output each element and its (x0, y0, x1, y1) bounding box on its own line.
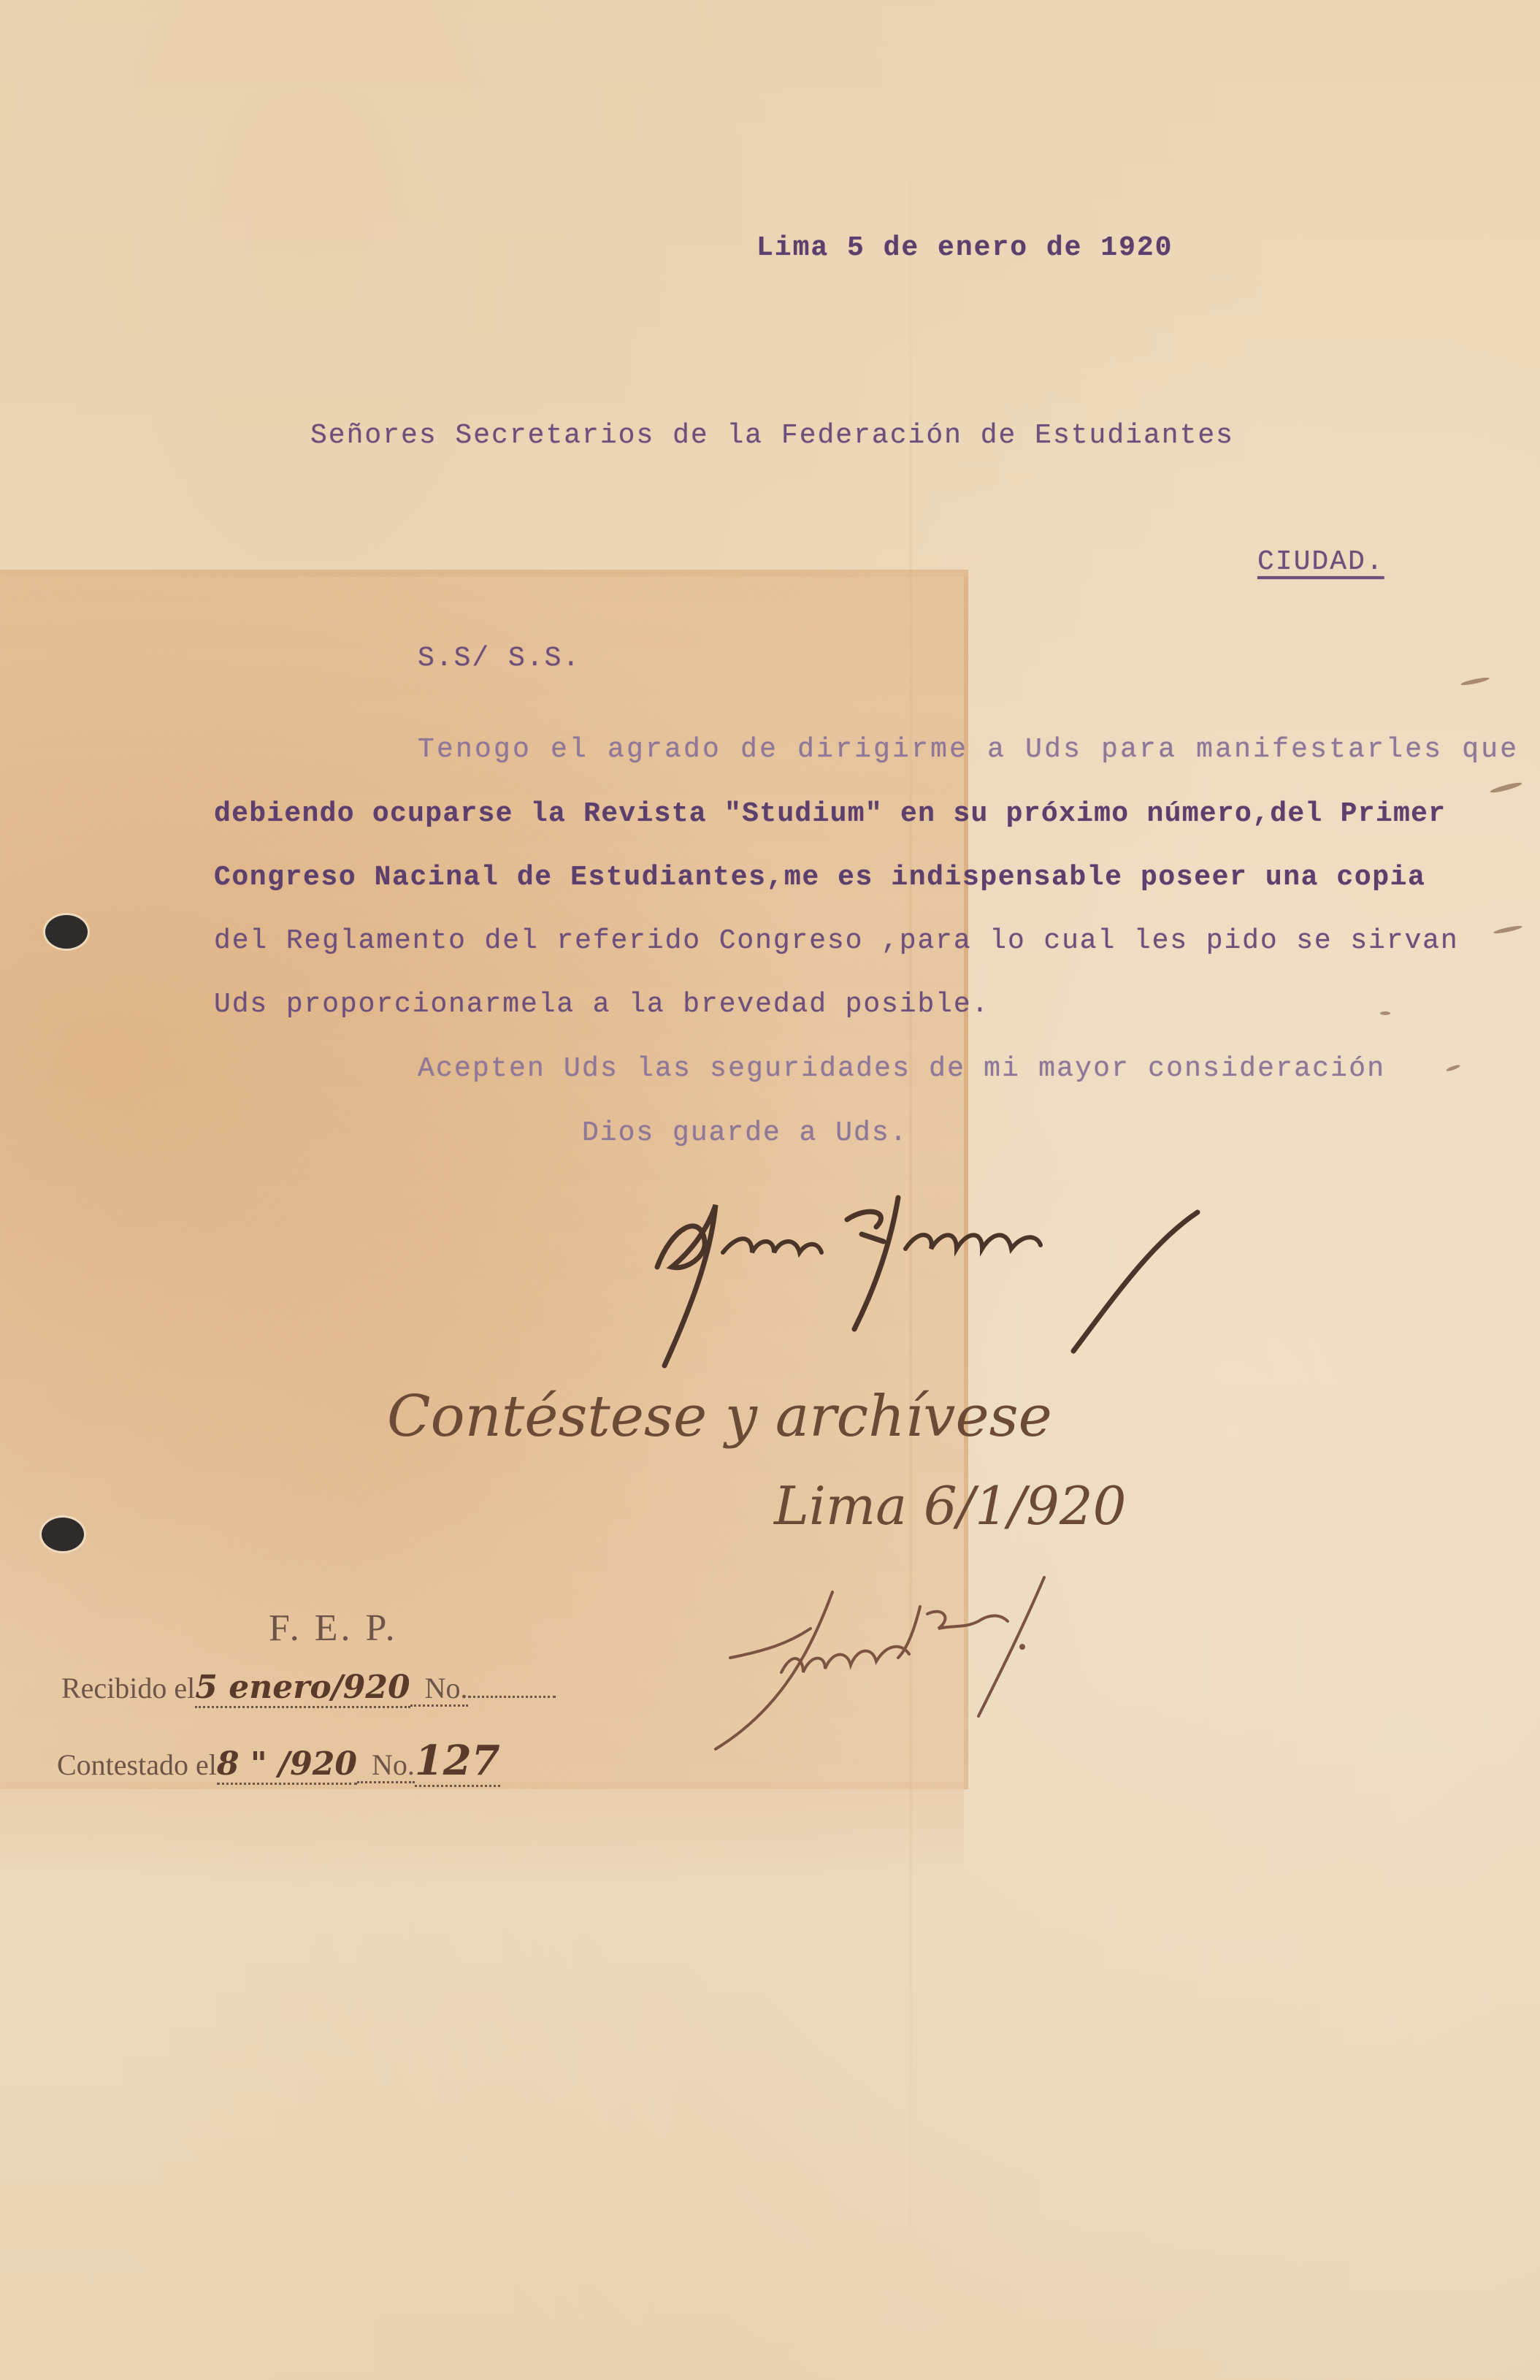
ink-smudge (1380, 1011, 1390, 1015)
body-line: Congreso Nacinal de Estudiantes,me es in… (214, 862, 1425, 893)
addressee: Señores Secretarios de la Federación de … (310, 420, 1234, 451)
received-value: 5 enero/920 (195, 1669, 410, 1708)
body-line: debiendo ocuparse la Revista "Studium" e… (214, 798, 1446, 830)
annotation-place-date: Lima 6/1/920 (774, 1475, 1126, 1537)
body-line: del Reglamento del referido Congreso ,pa… (214, 925, 1459, 957)
blessing-line: Dios guarde a Uds. (582, 1117, 908, 1149)
received-no-value (468, 1696, 556, 1698)
stamp-org: F. E. P. (269, 1607, 398, 1650)
annotation-instruction: Contéstese y archívese (387, 1384, 1052, 1450)
received-label: Recibido el (61, 1672, 195, 1704)
answered-no-value: 127 (415, 1737, 500, 1787)
punch-hole-icon (45, 915, 88, 949)
stamp-received-row: Recibido el5 enero/920No. (61, 1669, 556, 1706)
body-line: Tenogo el agrado de dirigirme a Uds para… (418, 734, 1519, 765)
city-line: CIUDAD. (1257, 546, 1384, 578)
punch-hole-icon (42, 1518, 84, 1551)
signature-icon (643, 1183, 1212, 1373)
answered-no-label: No. (357, 1748, 415, 1783)
received-no-label: No. (410, 1672, 468, 1707)
answered-label: Contestado el (57, 1748, 217, 1781)
closing-line: Acepten Uds las seguridades de mi mayor … (418, 1053, 1385, 1084)
body-line: Uds proporcionarmela a la brevedad posib… (214, 989, 989, 1020)
salutation: S.S/ S.S. (418, 643, 581, 674)
date-line: Lima 5 de enero de 1920 (756, 232, 1173, 264)
water-stain-edge (0, 1782, 964, 1884)
signature-icon (701, 1563, 1110, 1753)
answered-value: 8 " /920 (217, 1745, 357, 1785)
stamp-answered-row: Contestado el8 " /920No.127 (57, 1737, 500, 1785)
